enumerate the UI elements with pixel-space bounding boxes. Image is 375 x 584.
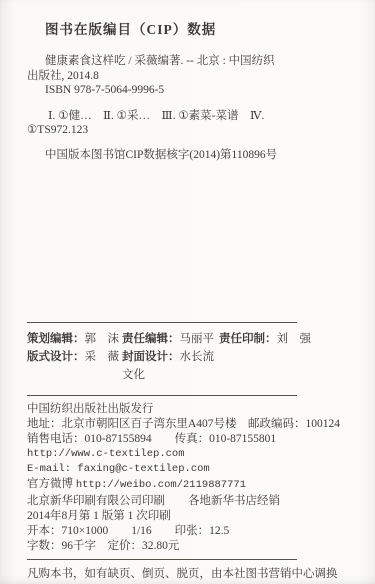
staff-value: 采 薇: [85, 351, 120, 363]
staff-value: 刘 强: [277, 333, 312, 345]
exchange-notice: 凡购本书，如有缺页、倒页、脱页，由本社图书营销中心调换: [27, 567, 351, 582]
staff-pair: 策划编辑：郭 沫: [27, 330, 122, 348]
staff-row-2: 版式设计：采 薇 封面设计：水长流文化: [27, 348, 351, 384]
cip-record-number: 中国版本图书馆CIP数据核字(2014)第110896号: [27, 148, 351, 163]
staff-credits: 策划编辑：郭 沫 责任编辑：马丽平 责任印制：刘 强 版式设计：采 薇 封面设计…: [27, 323, 351, 390]
staff-label: 封面设计：: [122, 351, 180, 363]
copyright-page: 图书在版编目（CIP）数据 健康素食这样吃 / 采薇编著. -- 北京 : 中国…: [0, 0, 375, 584]
classification-line: Ⅰ. ①健… Ⅱ. ①采… Ⅲ. ①素菜-菜谱 Ⅳ.: [27, 109, 351, 124]
cip-header: 图书在版编目（CIP）数据: [27, 22, 351, 38]
publication-info: 中国纺织出版社出版发行 地址：北京市朝阳区百子湾东里A407号楼 邮政编码：10…: [27, 402, 351, 554]
publisher-line: 中国纺织出版社出版发行: [27, 402, 351, 417]
printer-line: 北京新华印刷有限公司印刷 各地新华书店经销: [27, 494, 351, 509]
phone-fax-line: 销售电话：010-87155894 传真：010-87155801: [27, 432, 351, 447]
cip-catalog-line-1: 健康素食这样吃 / 采薇编著. -- 北京 : 中国纺织: [27, 54, 351, 69]
weibo-line: 官方微博 http://weibo.com/2119887771: [27, 477, 351, 493]
isbn-line: ISBN 978-7-5064-9996-5: [27, 83, 351, 98]
staff-label: 责任印制：: [219, 333, 277, 345]
divider-middle: [27, 395, 297, 396]
website-line: http://www.c-textilep.com: [27, 447, 351, 462]
address-line: 地址：北京市朝阳区百子湾东里A407号楼 邮政编码：100124: [27, 417, 351, 432]
staff-label: 版式设计：: [27, 351, 85, 363]
staff-label: 策划编辑：: [27, 333, 85, 345]
staff-pair: 责任编辑：马丽平: [122, 330, 219, 348]
staff-value: 马丽平: [180, 333, 215, 345]
staff-pair: 封面设计：水长流文化: [122, 348, 219, 384]
staff-value: 郭 沫: [85, 333, 120, 345]
weibo-url: http://weibo.com/2119887771: [76, 479, 246, 491]
divider-bottom: [27, 559, 297, 560]
weibo-label: 官方微博: [27, 478, 76, 490]
staff-row-1: 策划编辑：郭 沫 责任编辑：马丽平 责任印制：刘 强: [27, 330, 351, 348]
edition-line: 2014年8月第 1 版第 1 次印刷: [27, 509, 351, 524]
format-line: 开本：710×1000 1/16 印张：12.5: [27, 524, 351, 539]
staff-label: 责任编辑：: [122, 333, 180, 345]
staff-pair: 版式设计：采 薇: [27, 348, 122, 384]
staff-pair: 责任印制：刘 强: [219, 330, 311, 348]
classification-code: ①TS972.123: [27, 123, 351, 138]
cip-catalog-line-2: 出版社, 2014.8: [27, 69, 351, 84]
price-line: 字数：96千字 定价：32.80元: [27, 539, 351, 554]
email-line: E-mail: faxing@c-textilep.com: [27, 462, 351, 477]
